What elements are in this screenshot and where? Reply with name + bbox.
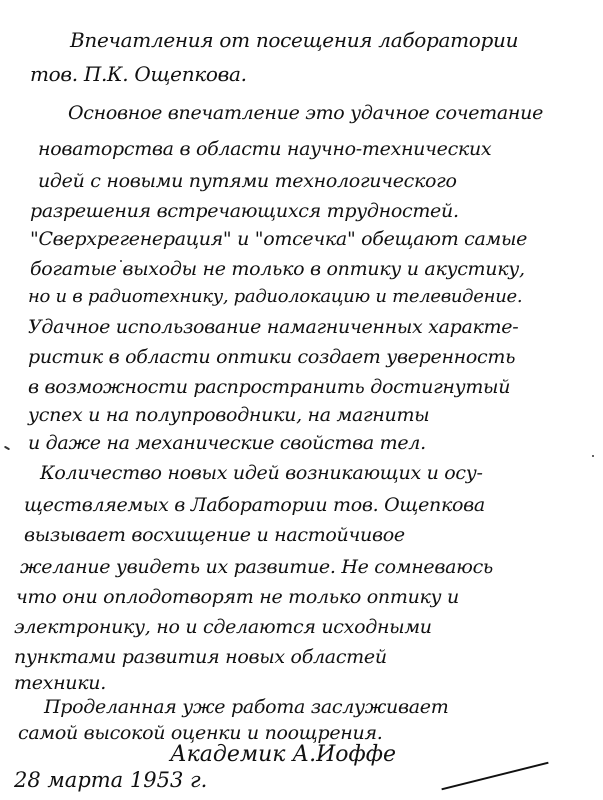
paragraph-1-line: ристик в области оптики создает уверенно… — [28, 346, 515, 368]
paragraph-3-line: Проделанная уже работа заслуживает — [44, 696, 448, 718]
paragraph-2-line: электронику, но и сделаются исходными — [14, 616, 432, 638]
paragraph-1-line: но и в радиотехнику, радиолокацию и теле… — [28, 286, 522, 307]
paragraph-1-line: новаторства в области научно-технических — [38, 138, 491, 160]
scan-speck — [120, 260, 122, 262]
handwritten-letter: Впечатления от посещения лаборатории тов… — [0, 0, 603, 800]
paragraph-2-line: что они оплодотворят не только оптику и — [16, 586, 459, 608]
signature-flourish — [441, 762, 548, 791]
signature: Академик А.Иоффе — [170, 742, 396, 767]
paragraph-2-line: пунктами развития новых областей — [14, 646, 387, 668]
letter-title-line-2: тов. П.К. Ощепкова. — [30, 62, 247, 86]
paragraph-1-line: успех и на полупроводники, на магниты — [28, 404, 429, 426]
letter-title-line-1: Впечатления от посещения лаборатории — [70, 28, 518, 52]
paragraph-3-line: самой высокой оценки и поощрения. — [18, 722, 382, 744]
paragraph-1-line: "Сверхрегенерация" и "отсечка" обещают с… — [30, 228, 527, 250]
letter-date: 28 марта 1953 г. — [14, 768, 207, 792]
paragraph-1-line: разрешения встречающихся трудностей. — [30, 200, 459, 222]
scan-speck — [4, 446, 10, 451]
paragraph-2-line: техники. — [14, 672, 106, 694]
paragraph-1-line: и даже на механические свойства тел. — [28, 432, 426, 454]
paragraph-1-line: Основное впечатление это удачное сочетан… — [68, 102, 543, 124]
paragraph-2-line: ществляемых в Лаборатории тов. Ощепкова — [24, 494, 485, 516]
paragraph-2-line: вызывает восхищение и настойчивое — [24, 524, 405, 546]
paragraph-2-line: Количество новых идей возникающих и осу- — [40, 462, 483, 484]
paragraph-1-line: богатые выходы не только в оптику и акус… — [30, 258, 525, 280]
paragraph-1-line: в возможности распространить достигнутый — [28, 376, 510, 398]
scan-speck — [592, 455, 594, 457]
paragraph-1-line: идей с новыми путями технологического — [38, 170, 457, 192]
paragraph-1-line: Удачное использование намагниченных хара… — [28, 316, 518, 338]
paragraph-2-line: желание увидеть их развитие. Не сомневаю… — [20, 556, 493, 578]
